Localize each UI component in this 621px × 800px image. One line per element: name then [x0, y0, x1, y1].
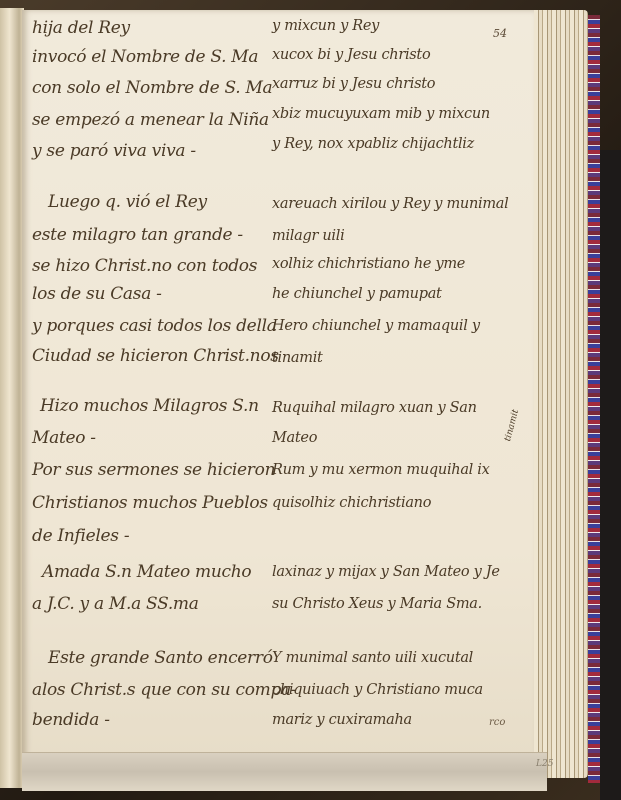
left-line-14: Por sus sermones se hicieron	[32, 460, 275, 480]
left-line-19: Este grande Santo encerró	[48, 648, 273, 668]
right-line-2: xucox bi y Jesu christo	[272, 45, 430, 65]
folio-number: 54	[493, 27, 507, 40]
left-line-9: los de su Casa -	[32, 284, 162, 304]
right-line-18: su Christo Xeus y Maria Sma.	[272, 594, 482, 614]
right-line-5: y Rey, nox xpabliz chijachtliz	[272, 134, 474, 154]
left-line-10: y porques casi todos los della	[32, 316, 277, 336]
left-line-15: Christianos muchos Pueblos	[32, 493, 268, 513]
left-line-13: Mateo -	[32, 428, 96, 448]
right-line-13: Mateo	[272, 428, 317, 448]
dark-board-background	[600, 150, 621, 800]
right-line-1: y mixcun y Rey	[272, 16, 379, 36]
right-line-15: quisolhiz chichristiano	[272, 493, 431, 513]
left-line-18: a J.C. y a M.a SS.ma	[32, 594, 199, 614]
shelf-mark: L25	[536, 759, 553, 769]
right-line-7: milagr uili	[272, 226, 344, 246]
catchword: rco	[489, 717, 505, 728]
left-line-16: de Infieles -	[32, 526, 129, 546]
right-line-12: Ruquihal milagro xuan y San	[272, 398, 477, 418]
right-line-21: mariz y cuxiramaha	[272, 710, 412, 730]
right-line-19: Y munimal santo uili xucutal	[272, 648, 473, 668]
right-line-4: xbiz mucuyuxam mib y mixcun	[272, 104, 490, 124]
right-line-11: tinamit	[272, 348, 323, 368]
left-line-7: este milagro tan grande -	[32, 225, 243, 245]
marbled-edge	[588, 15, 600, 783]
left-line-12: Hizo muchos Milagros S.n	[40, 396, 259, 416]
page-stack-edges	[530, 10, 588, 778]
right-line-6: xareuach xirilou y Rey y munimal	[272, 194, 508, 214]
right-line-20: chiquiuach y Christiano muca	[272, 680, 483, 700]
right-line-9: he chiunchel y pamupat	[272, 284, 442, 304]
right-line-3: xarruz bi y Jesu christo	[272, 74, 435, 94]
left-line-17: Amada S.n Mateo mucho	[42, 562, 251, 582]
binding-gutter	[0, 8, 24, 788]
page-bottom-margin	[22, 752, 547, 791]
right-line-8: xolhiz chichristiano he yme	[272, 254, 465, 274]
left-line-21: bendida -	[32, 710, 110, 730]
left-line-2: invocó el Nombre de S. Ma	[32, 47, 258, 67]
left-line-6: Luego q. vió el Rey	[48, 192, 207, 212]
left-line-1: hija del Rey	[32, 18, 130, 38]
right-line-17: laxinaz y mijax y San Mateo y Je	[272, 562, 500, 582]
left-line-3: con solo el Nombre de S. Ma	[32, 78, 272, 98]
right-line-14: Rum y mu xermon muquihal ix	[272, 460, 490, 480]
left-line-5: y se paró viva viva -	[32, 141, 196, 161]
left-line-20: alos Christ.s que con su compa-	[32, 680, 296, 700]
right-line-10: Hero chiunchel y mamaquil y	[272, 316, 480, 336]
left-line-4: se empezó a menear la Niña	[32, 110, 269, 130]
left-line-8: se hizo Christ.no con todos	[32, 256, 257, 276]
left-line-11: Ciudad se hicieron Christ.nos	[32, 346, 279, 366]
